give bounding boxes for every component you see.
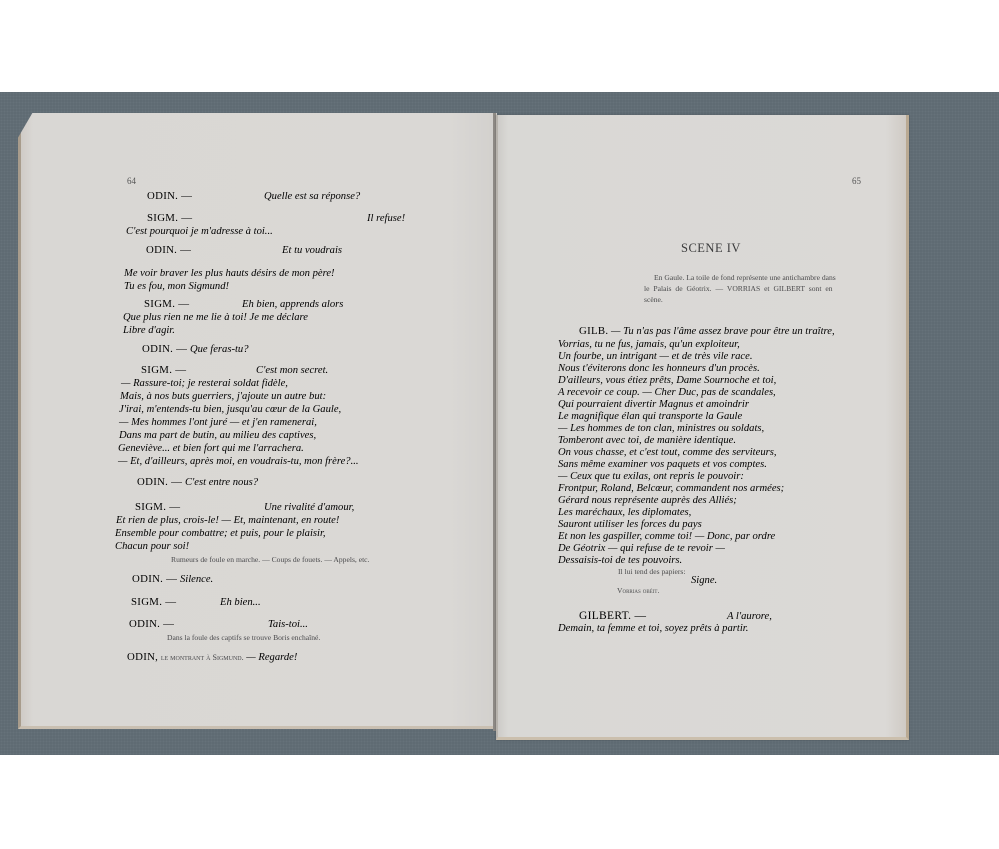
setting-line: scène. (644, 295, 663, 304)
speaker: SIGM. — (131, 596, 176, 608)
verse-line: Eh bien... (220, 596, 261, 609)
stage-direction: Vorrias obéit. (617, 586, 659, 595)
speaker: SIGM. — (141, 364, 186, 376)
speaker: SIGM. — (135, 501, 180, 513)
speech-line: SIGM. — (147, 212, 192, 225)
verse-text: Que feras-tu? (190, 344, 249, 355)
verse-line: Eh bien, apprends alors (242, 298, 343, 311)
verse-line: Demain, ta femme et toi, soyez prêts à p… (558, 622, 748, 635)
verse-line: J'irai, m'entends-tu bien, jusqu'au cœur… (119, 403, 341, 416)
verse-text: Silence. (180, 574, 213, 585)
verse-line: Signe. (691, 574, 717, 587)
verse-line: Dessaisis-toi de tes pouvoirs. (558, 554, 682, 567)
verse-line: Une rivalité d'amour, (264, 501, 354, 514)
speaker: GILB. (579, 325, 608, 337)
speech-line: ODIN. — (147, 190, 192, 203)
verse-line: Il refuse! (367, 212, 405, 225)
verse-line: Mais, à nos buts guerriers, j'ajoute un … (120, 390, 326, 403)
verse-text: — Regarde! (246, 652, 297, 663)
speech-line: SIGM. — (131, 596, 176, 609)
verse-line: Tu es fou, mon Sigmund! (124, 280, 229, 293)
setting-line: En Gaule. La toile de fond représente un… (654, 273, 836, 282)
speaker: ODIN, (127, 651, 158, 663)
verse-line: Tais-toi... (268, 618, 308, 631)
verse-line: Et tu voudrais (282, 244, 342, 257)
speaker: ODIN. — (142, 343, 187, 355)
speech-line: ODIN. — (146, 244, 191, 257)
speech-line: ODIN, le montrant à Sigmund. — Regarde! (127, 651, 297, 664)
stage-direction: Il lui tend des papiers: (618, 567, 685, 576)
speaker: ODIN. — (137, 476, 182, 488)
speech-line: ODIN. — C'est entre nous? (137, 476, 258, 489)
verse-line: — Rassure-toi; je resterai soldat fidèle… (121, 377, 288, 390)
stage-direction: Rumeurs de foule en marche. — Coups de f… (171, 555, 369, 564)
speech-line: SIGM. — (144, 298, 189, 311)
speaker: ODIN. — (132, 573, 177, 585)
verse-line: C'est pourquoi je m'adresse à toi... (126, 225, 273, 238)
verse-line: Me voir braver les plus hauts désirs de … (124, 267, 335, 280)
speaker: ODIN. — (129, 618, 174, 630)
verse-line: Ensemble pour combattre; et puis, pour l… (115, 527, 326, 540)
verse-text: C'est entre nous? (185, 477, 258, 488)
speech-line: ODIN. — (129, 618, 174, 631)
verse-line: Chacun pour soi! (115, 540, 189, 553)
speech-line: GILB. — Tu n'as pas l'âme assez brave po… (579, 325, 835, 338)
verse-line: Dans ma part de butin, au milieu des cap… (119, 429, 316, 442)
aside-direction: le montrant à Sigmund. (161, 653, 244, 662)
verse-text: — Tu n'as pas l'âme assez brave pour êtr… (611, 326, 835, 337)
verse-line: — Mes hommes l'ont juré — et j'en ramene… (119, 416, 317, 429)
setting-line: le Palais de Géotrix. — VORRIAS et GILBE… (644, 284, 833, 293)
speaker: SIGM. — (147, 212, 192, 224)
speaker: ODIN. — (146, 244, 191, 256)
speech-line: SIGM. — (141, 364, 186, 377)
stage-direction: Dans la foule des captifs se trouve Bori… (167, 633, 320, 642)
speaker: GILBERT. — (579, 610, 646, 622)
speech-line: ODIN. — Que feras-tu? (142, 343, 249, 356)
speaker: ODIN. — (147, 190, 192, 202)
verse-line: Et rien de plus, crois-le! — Et, mainten… (116, 514, 339, 527)
verse-line: Libre d'agir. (123, 324, 175, 337)
verse-line: Que plus rien ne me lie à toi! Je me déc… (123, 311, 308, 324)
speech-line: ODIN. — Silence. (132, 573, 213, 586)
verse-line: Quelle est sa réponse? (264, 190, 360, 203)
page-number: 64 (127, 176, 136, 186)
verse-line: — Et, d'ailleurs, après moi, en voudrais… (118, 455, 359, 468)
verse-line: C'est mon secret. (256, 364, 328, 377)
verse-line: Geneviève... et bien fort qui me l'arrac… (118, 442, 304, 455)
speaker: SIGM. — (144, 298, 189, 310)
page-number: 65 (852, 176, 861, 186)
scene-title: SCENE IV (681, 241, 741, 256)
speech-line: SIGM. — (135, 501, 180, 514)
